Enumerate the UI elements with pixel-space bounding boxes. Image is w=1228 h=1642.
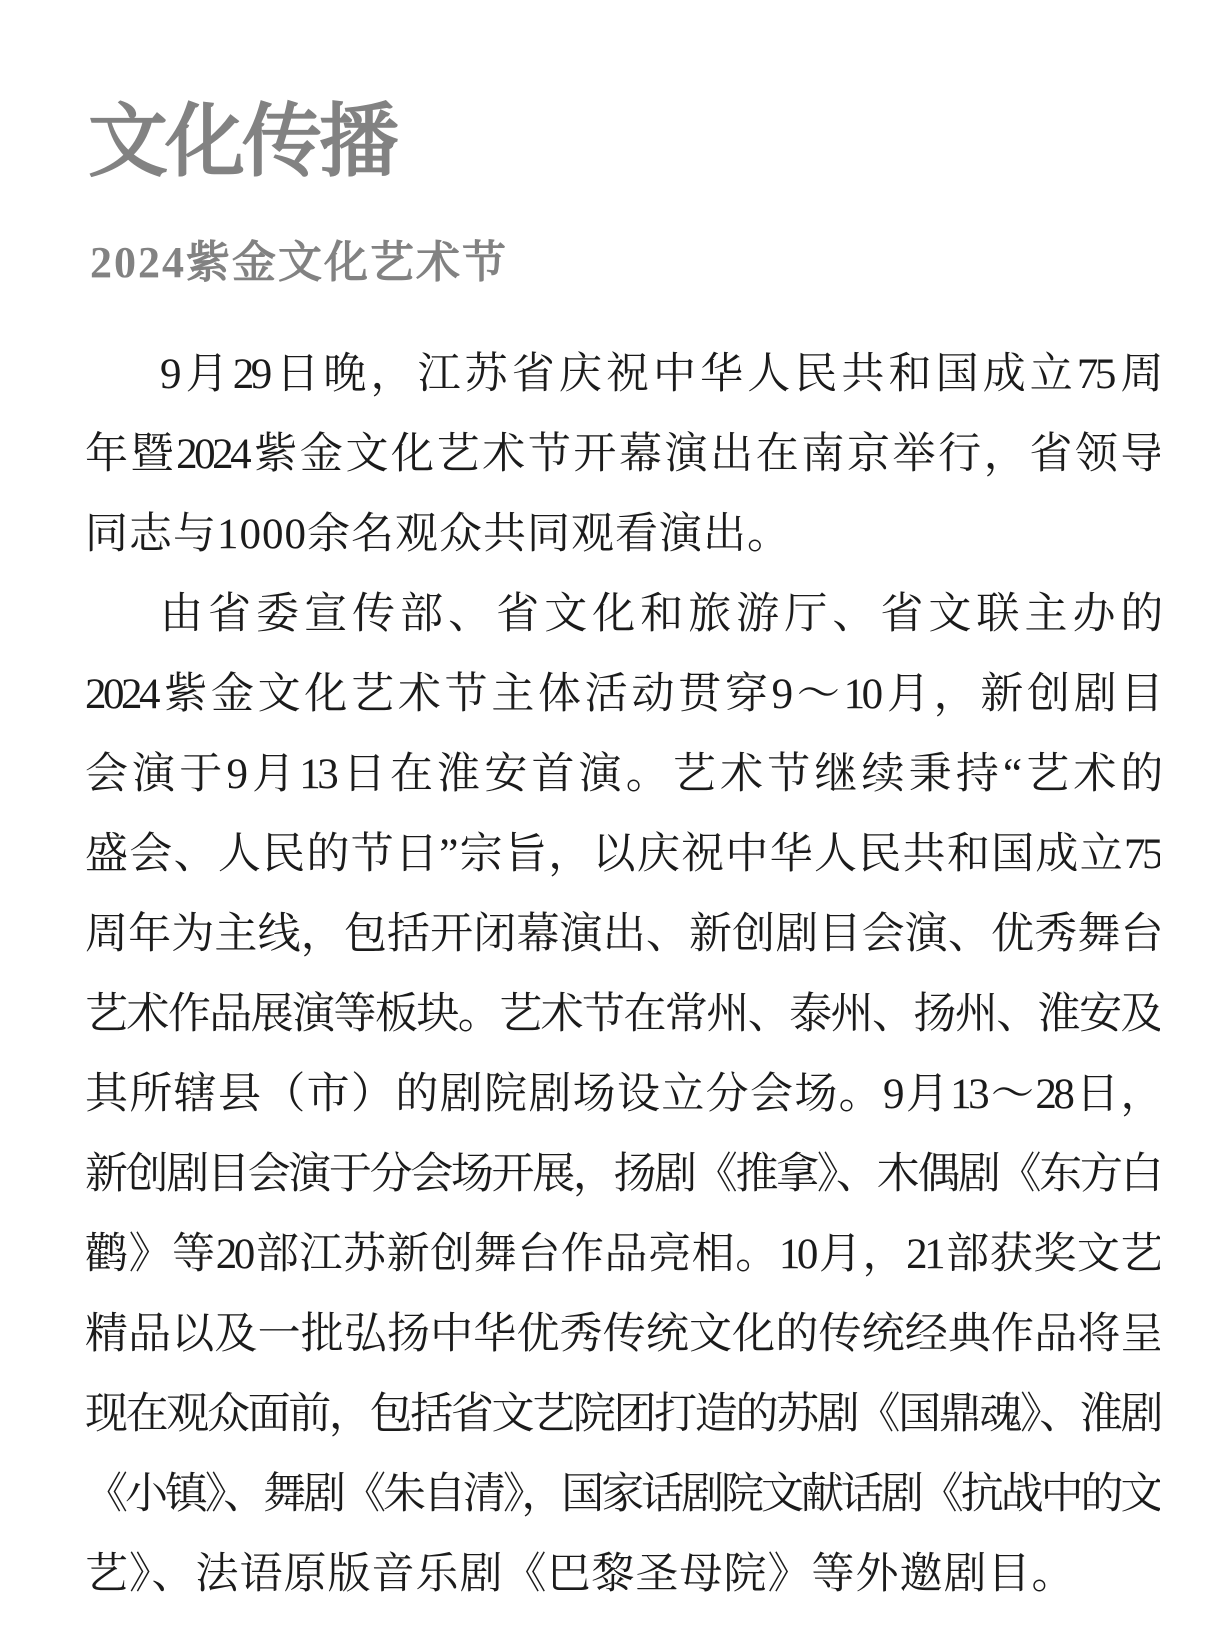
paragraph-2-line-9: 鹳》等20部江苏新创舞台作品亮相。10月，21部获奖文艺 xyxy=(85,1215,1160,1295)
paragraph-1-line-2: 年暨2024紫金文化艺术节开幕演出在南京举行，省领导 xyxy=(85,415,1160,495)
paragraph-2-line-4: 盛会、人民的节日”宗旨，以庆祝中华人民共和国成立75 xyxy=(85,815,1160,895)
section-title: 文化传播 xyxy=(88,100,396,184)
paragraph-2-line-2: 2024紫金文化艺术节主体活动贯穿9～10月，新创剧目 xyxy=(85,655,1160,735)
paragraph-2-line-10: 精品以及一批弘扬中华优秀传统文化的传统经典作品将呈 xyxy=(85,1295,1160,1375)
paragraph-2-line-3: 会演于9月13日在淮安首演。艺术节继续秉持“艺术的 xyxy=(85,735,1160,815)
paragraph-2-line-12: 《小镇》、舞剧《朱自清》，国家话剧院文献话剧《抗战中的文 xyxy=(85,1455,1160,1535)
paragraph-2-line-8: 新创剧目会演于分会场开展，扬剧《推拿》、木偶剧《东方白 xyxy=(85,1135,1160,1215)
article-body: 9月29日晚，江苏省庆祝中华人民共和国成立75周 年暨2024紫金文化艺术节开幕… xyxy=(85,335,1160,1615)
document-page: 文化传播 2024紫金文化艺术节 9月29日晚，江苏省庆祝中华人民共和国成立75… xyxy=(0,0,1228,1642)
paragraph-2-line-13: 艺》、法语原版音乐剧《巴黎圣母院》等外邀剧目。 xyxy=(85,1535,1160,1615)
paragraph-2-line-6: 艺术作品展演等板块。艺术节在常州、泰州、扬州、淮安及 xyxy=(85,975,1160,1055)
paragraph-1-line-3: 同志与1000余名观众共同观看演出。 xyxy=(85,495,1160,575)
article-subtitle: 2024紫金文化艺术节 xyxy=(90,238,508,288)
paragraph-2-line-7: 其所辖县（市）的剧院剧场设立分会场。9月13～28日， xyxy=(85,1055,1160,1135)
paragraph-2-line-5: 周年为主线，包括开闭幕演出、新创剧目会演、优秀舞台 xyxy=(85,895,1160,975)
paragraph-1-line-1: 9月29日晚，江苏省庆祝中华人民共和国成立75周 xyxy=(85,335,1160,415)
paragraph-2-line-1: 由省委宣传部、省文化和旅游厅、省文联主办的 xyxy=(85,575,1160,655)
paragraph-2-line-11: 现在观众面前，包括省文艺院团打造的苏剧《国鼎魂》、淮剧 xyxy=(85,1375,1160,1455)
